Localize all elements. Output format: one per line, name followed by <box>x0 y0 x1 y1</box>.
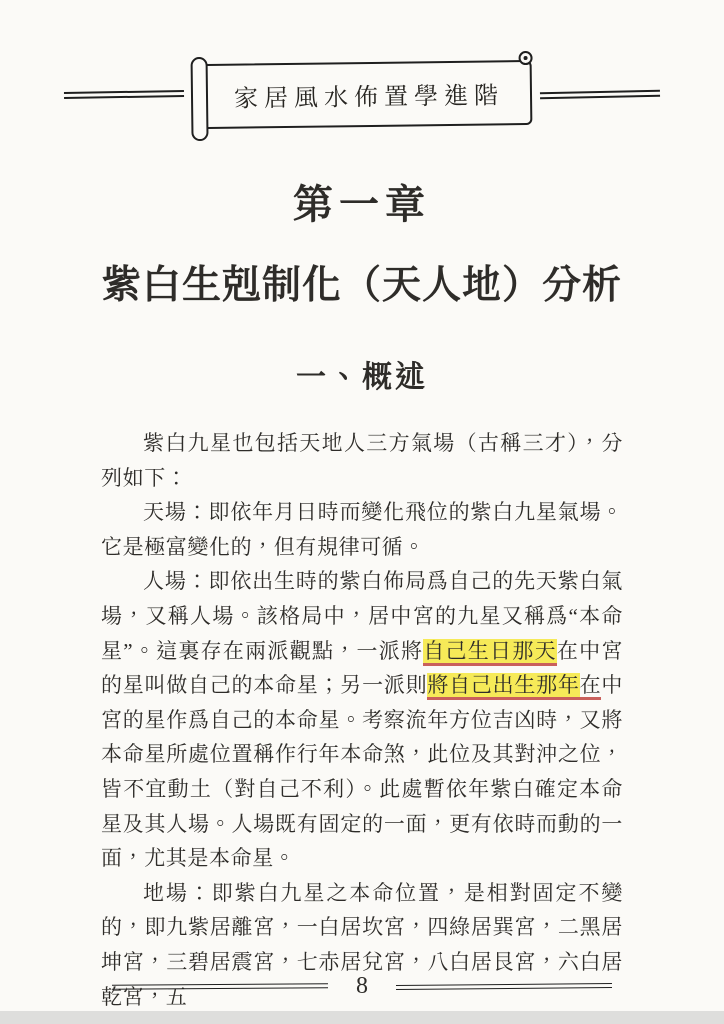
section-heading: 一、概述 <box>0 352 724 396</box>
text-segment: 中宮的星作爲自己的本命星。考察流年方位吉凶時，又將本命星所處位置稱作行年本命煞，… <box>101 673 623 870</box>
chapter-title: 紫白生剋制化（天人地）分析 <box>0 254 724 310</box>
text-segment: 天場：即依年月日時而變化飛位的紫白九星氣場。它是極富變化的，但有規律可循。 <box>101 500 623 559</box>
highlighted-text: 在 <box>580 673 602 697</box>
highlighted-text: 將自己出生那年 <box>427 673 579 697</box>
header-rule-left <box>64 90 184 99</box>
book-title: 家居風水佈置學進階 <box>234 83 504 112</box>
scroll-roll-icon <box>191 57 209 141</box>
page-number: 8 <box>356 973 368 1000</box>
scroll-curl-icon <box>518 51 532 65</box>
paragraph: 紫白九星也包括天地人三方氣場（古稱三才），分列如下： <box>101 426 623 495</box>
chapter-number: 第一章 <box>0 173 724 230</box>
scan-edge-artifact <box>0 1011 724 1024</box>
header-rule-right <box>540 90 660 100</box>
page-header: 家居風水佈置學進階 <box>0 62 724 127</box>
footer-rule-left <box>112 983 328 990</box>
book-page: 家居風水佈置學進階 第一章 紫白生剋制化（天人地）分析 一、概述 紫白九星也包括… <box>0 0 724 1024</box>
paragraph: 人場：即依出生時的紫白佈局爲自己的先天紫白氣場，又稱人場。該格局中，居中宮的九星… <box>101 564 623 875</box>
footer-rule-right <box>396 983 612 990</box>
paragraph: 天場：即依年月日時而變化飛位的紫白九星氣場。它是極富變化的，但有規律可循。 <box>101 495 623 564</box>
highlighted-text: 自己生日那天 <box>423 639 557 663</box>
page-footer: 8 <box>0 973 724 1000</box>
body-text: 紫白九星也包括天地人三方氣場（古稱三才），分列如下：天場：即依年月日時而變化飛位… <box>101 426 623 1014</box>
text-segment: 紫白九星也包括天地人三方氣場（古稱三才），分列如下： <box>101 431 623 490</box>
scroll-banner: 家居風水佈置學進階 <box>202 60 533 129</box>
